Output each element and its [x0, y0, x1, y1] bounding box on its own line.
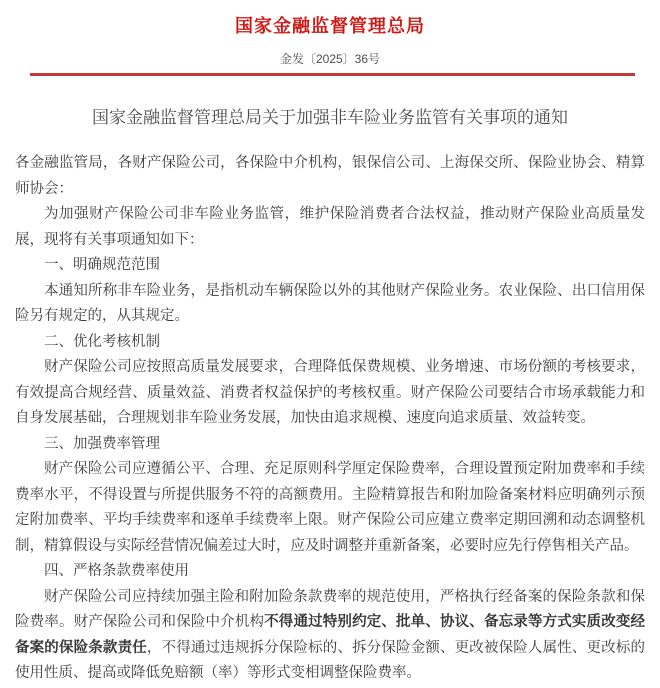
- document-reference-number: 金发〔2025〕36号: [15, 52, 645, 66]
- red-divider-line: [30, 73, 635, 76]
- section-4-heading: 四、严格条款费率使用: [15, 559, 645, 585]
- section-2-heading: 二、优化考核机制: [15, 330, 645, 356]
- document-title: 国家金融监督管理总局关于加强非车险业务监管有关事项的通知: [15, 106, 645, 129]
- issuing-authority-name: 国家金融监督管理总局: [15, 0, 645, 37]
- section-1-body: 本通知所称非车险业务，是指机动车辆保险以外的其他财产保险业务。农业保险、出口信用…: [15, 279, 645, 330]
- section-4-body: 财产保险公司应持续加强主险和附加险条款费率的规范使用，严格执行经备案的保险条款和…: [15, 585, 645, 687]
- section-2-body: 财产保险公司应按照高质量发展要求，合理降低保费规模、业务增速、市场份额的考核要求…: [15, 355, 645, 432]
- section-3-body: 财产保险公司应遵循公平、合理、充足原则科学厘定保险费率，合理设置预定附加费率和手…: [15, 457, 645, 559]
- document-header: 国家金融监督管理总局 金发〔2025〕36号: [15, 0, 645, 76]
- document-page: 国家金融监督管理总局 金发〔2025〕36号 国家金融监督管理总局关于加强非车险…: [0, 0, 660, 688]
- addressee-paragraph: 各金融监管局，各财产保险公司，各保险中介机构，银保信公司、上海保交所、保险业协会…: [15, 151, 645, 202]
- section-3-heading: 三、加强费率管理: [15, 432, 645, 458]
- section-1-heading: 一、明确规范范围: [15, 253, 645, 279]
- document-body: 各金融监管局，各财产保险公司，各保险中介机构，银保信公司、上海保交所、保险业协会…: [15, 151, 645, 687]
- intro-paragraph: 为加强财产保险公司非车险业务监管，维护保险消费者合法权益，推动财产保险业高质量发…: [15, 202, 645, 253]
